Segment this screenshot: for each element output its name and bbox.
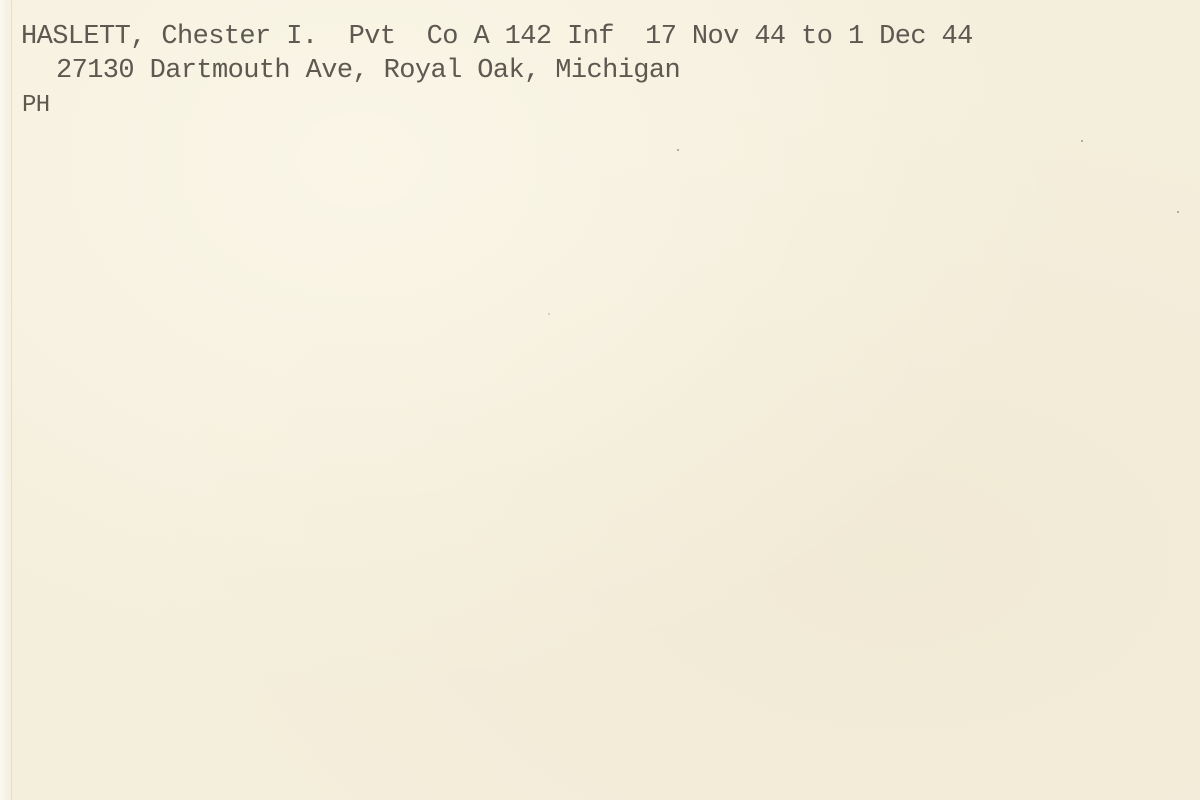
name-rank-unit-dates-line: HASLETT, Chester I. Pvt Co A 142 Inf 17 …	[21, 24, 973, 51]
paper-speck	[548, 313, 550, 315]
address-line: 27130 Dartmouth Ave, Royal Oak, Michigan	[56, 58, 680, 85]
paper-speck	[677, 149, 679, 151]
card-edge-line	[11, 0, 12, 800]
award-code: PH	[22, 94, 50, 118]
paper-speck	[1081, 140, 1083, 142]
paper-speck	[1177, 211, 1179, 213]
index-card: HASLETT, Chester I. Pvt Co A 142 Inf 17 …	[0, 0, 1200, 800]
